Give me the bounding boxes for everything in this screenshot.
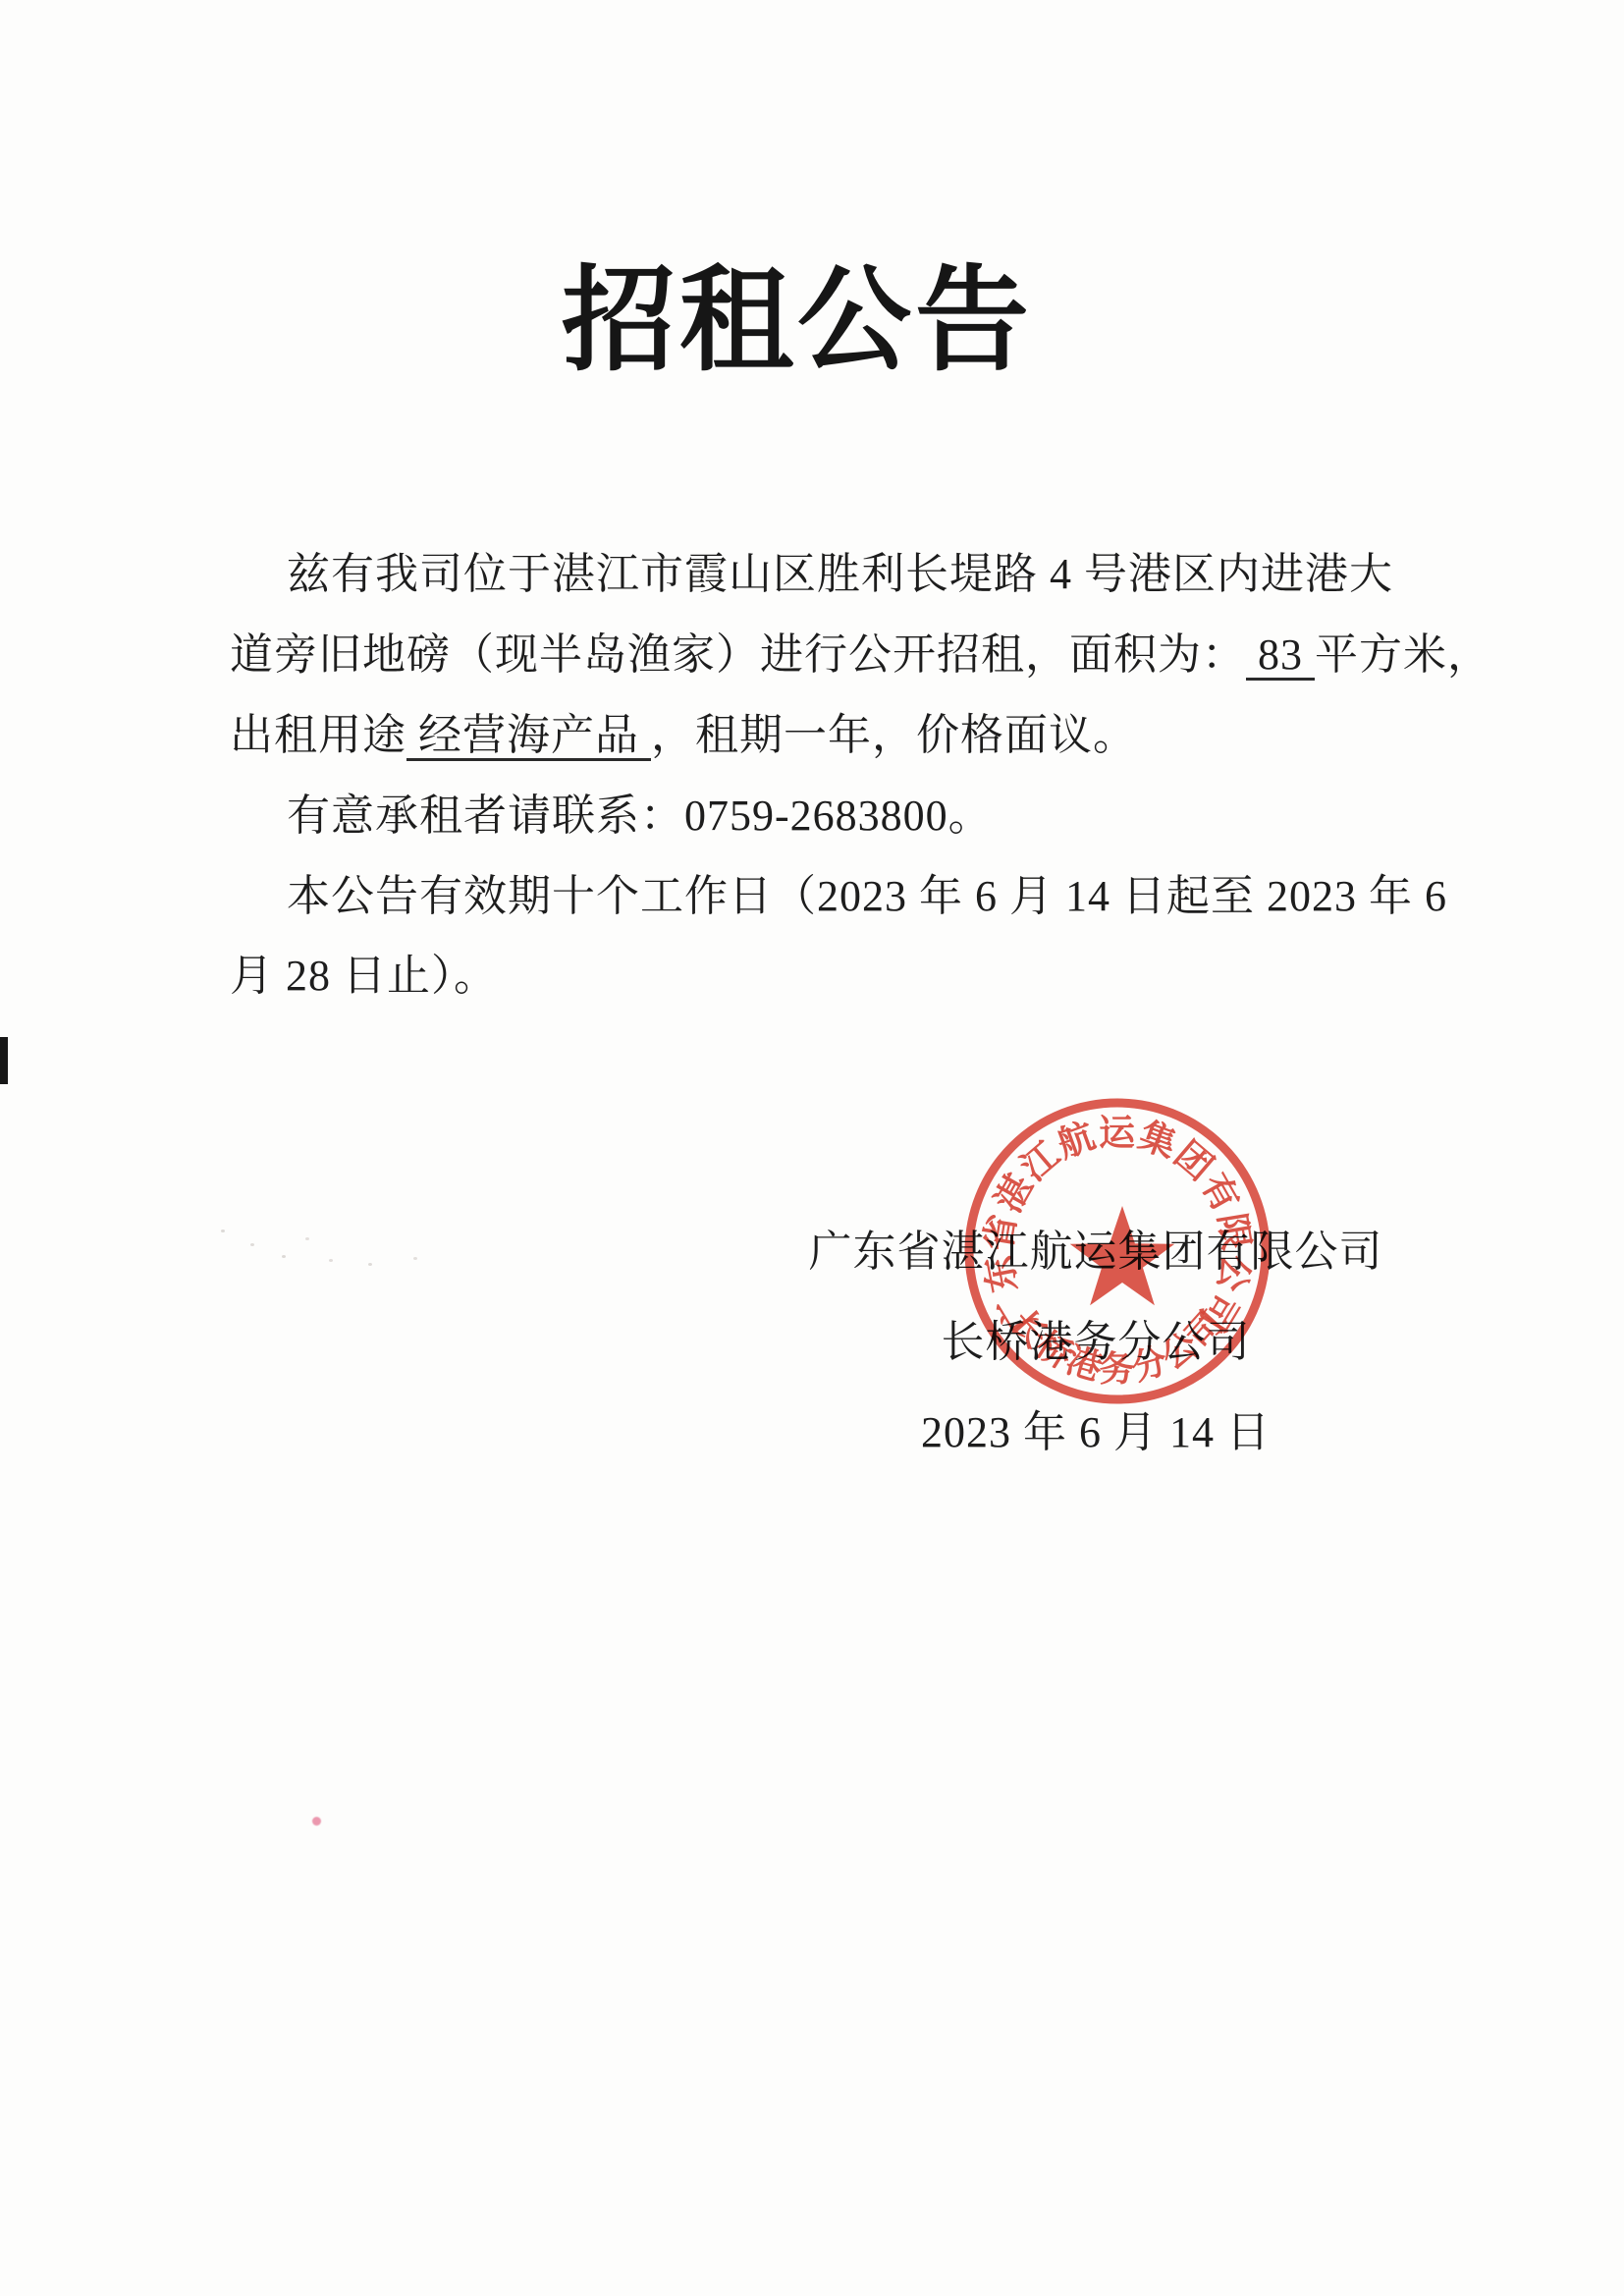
body-line-3: 出租用途 经营海产品 ，租期一年，价格面议。 xyxy=(230,711,1137,761)
body-text-segment: 道旁旧地磅（现半岛渔家）进行公开招租，面积为： xyxy=(230,630,1246,679)
contact-text-segment: 有意承租者请联系：0759-2683800。 xyxy=(287,792,993,840)
body-text-segment: 出租用途 xyxy=(230,711,406,759)
seal-star-icon xyxy=(1070,1206,1175,1305)
usage-value-underlined: 经营海产品 xyxy=(406,711,651,759)
body-line-1: 兹有我司位于湛江市霞山区胜利长堤路 4 号港区内进港大 xyxy=(287,550,1393,600)
body-text-segment: 兹有我司位于湛江市霞山区胜利长堤路 4 号港区内进港大 xyxy=(287,550,1393,598)
body-text-segment: 平方米， xyxy=(1315,630,1491,679)
pink-ink-dot-artifact xyxy=(312,1817,321,1826)
body-line-4-contact: 有意承租者请联系：0759-2683800。 xyxy=(287,792,993,842)
body-line-5-validity: 本公告有效期十个工作日（2023 年 6 月 14 日起至 2023 年 6 xyxy=(287,872,1447,922)
body-line-6-validity: 月 28 日止）。 xyxy=(230,952,498,1002)
scanned-document-page: 招租公告 兹有我司位于湛江市霞山区胜利长堤路 4 号港区内进港大 道旁旧地磅（现… xyxy=(0,0,1624,2296)
body-text-segment: ，租期一年，价格面议。 xyxy=(651,711,1137,759)
validity-text-segment: 本公告有效期十个工作日（2023 年 6 月 14 日起至 2023 年 6 xyxy=(287,872,1447,920)
signature-date: 2023 年 6 月 14 日 xyxy=(782,1406,1410,1497)
company-seal-stamp: 广东省湛江航运集团有限公司 长桥港务分公司 xyxy=(950,1084,1284,1418)
validity-text-segment: 月 28 日止）。 xyxy=(230,952,498,1000)
faint-pencil-scuff-artifact xyxy=(221,1230,225,1232)
page-title: 招租公告 xyxy=(0,263,1595,383)
area-value-underlined: 83 xyxy=(1246,630,1315,679)
body-line-2: 道旁旧地磅（现半岛渔家）进行公开招租，面积为： 83 平方米， xyxy=(230,630,1491,681)
scan-edge-artifact xyxy=(0,1037,8,1084)
